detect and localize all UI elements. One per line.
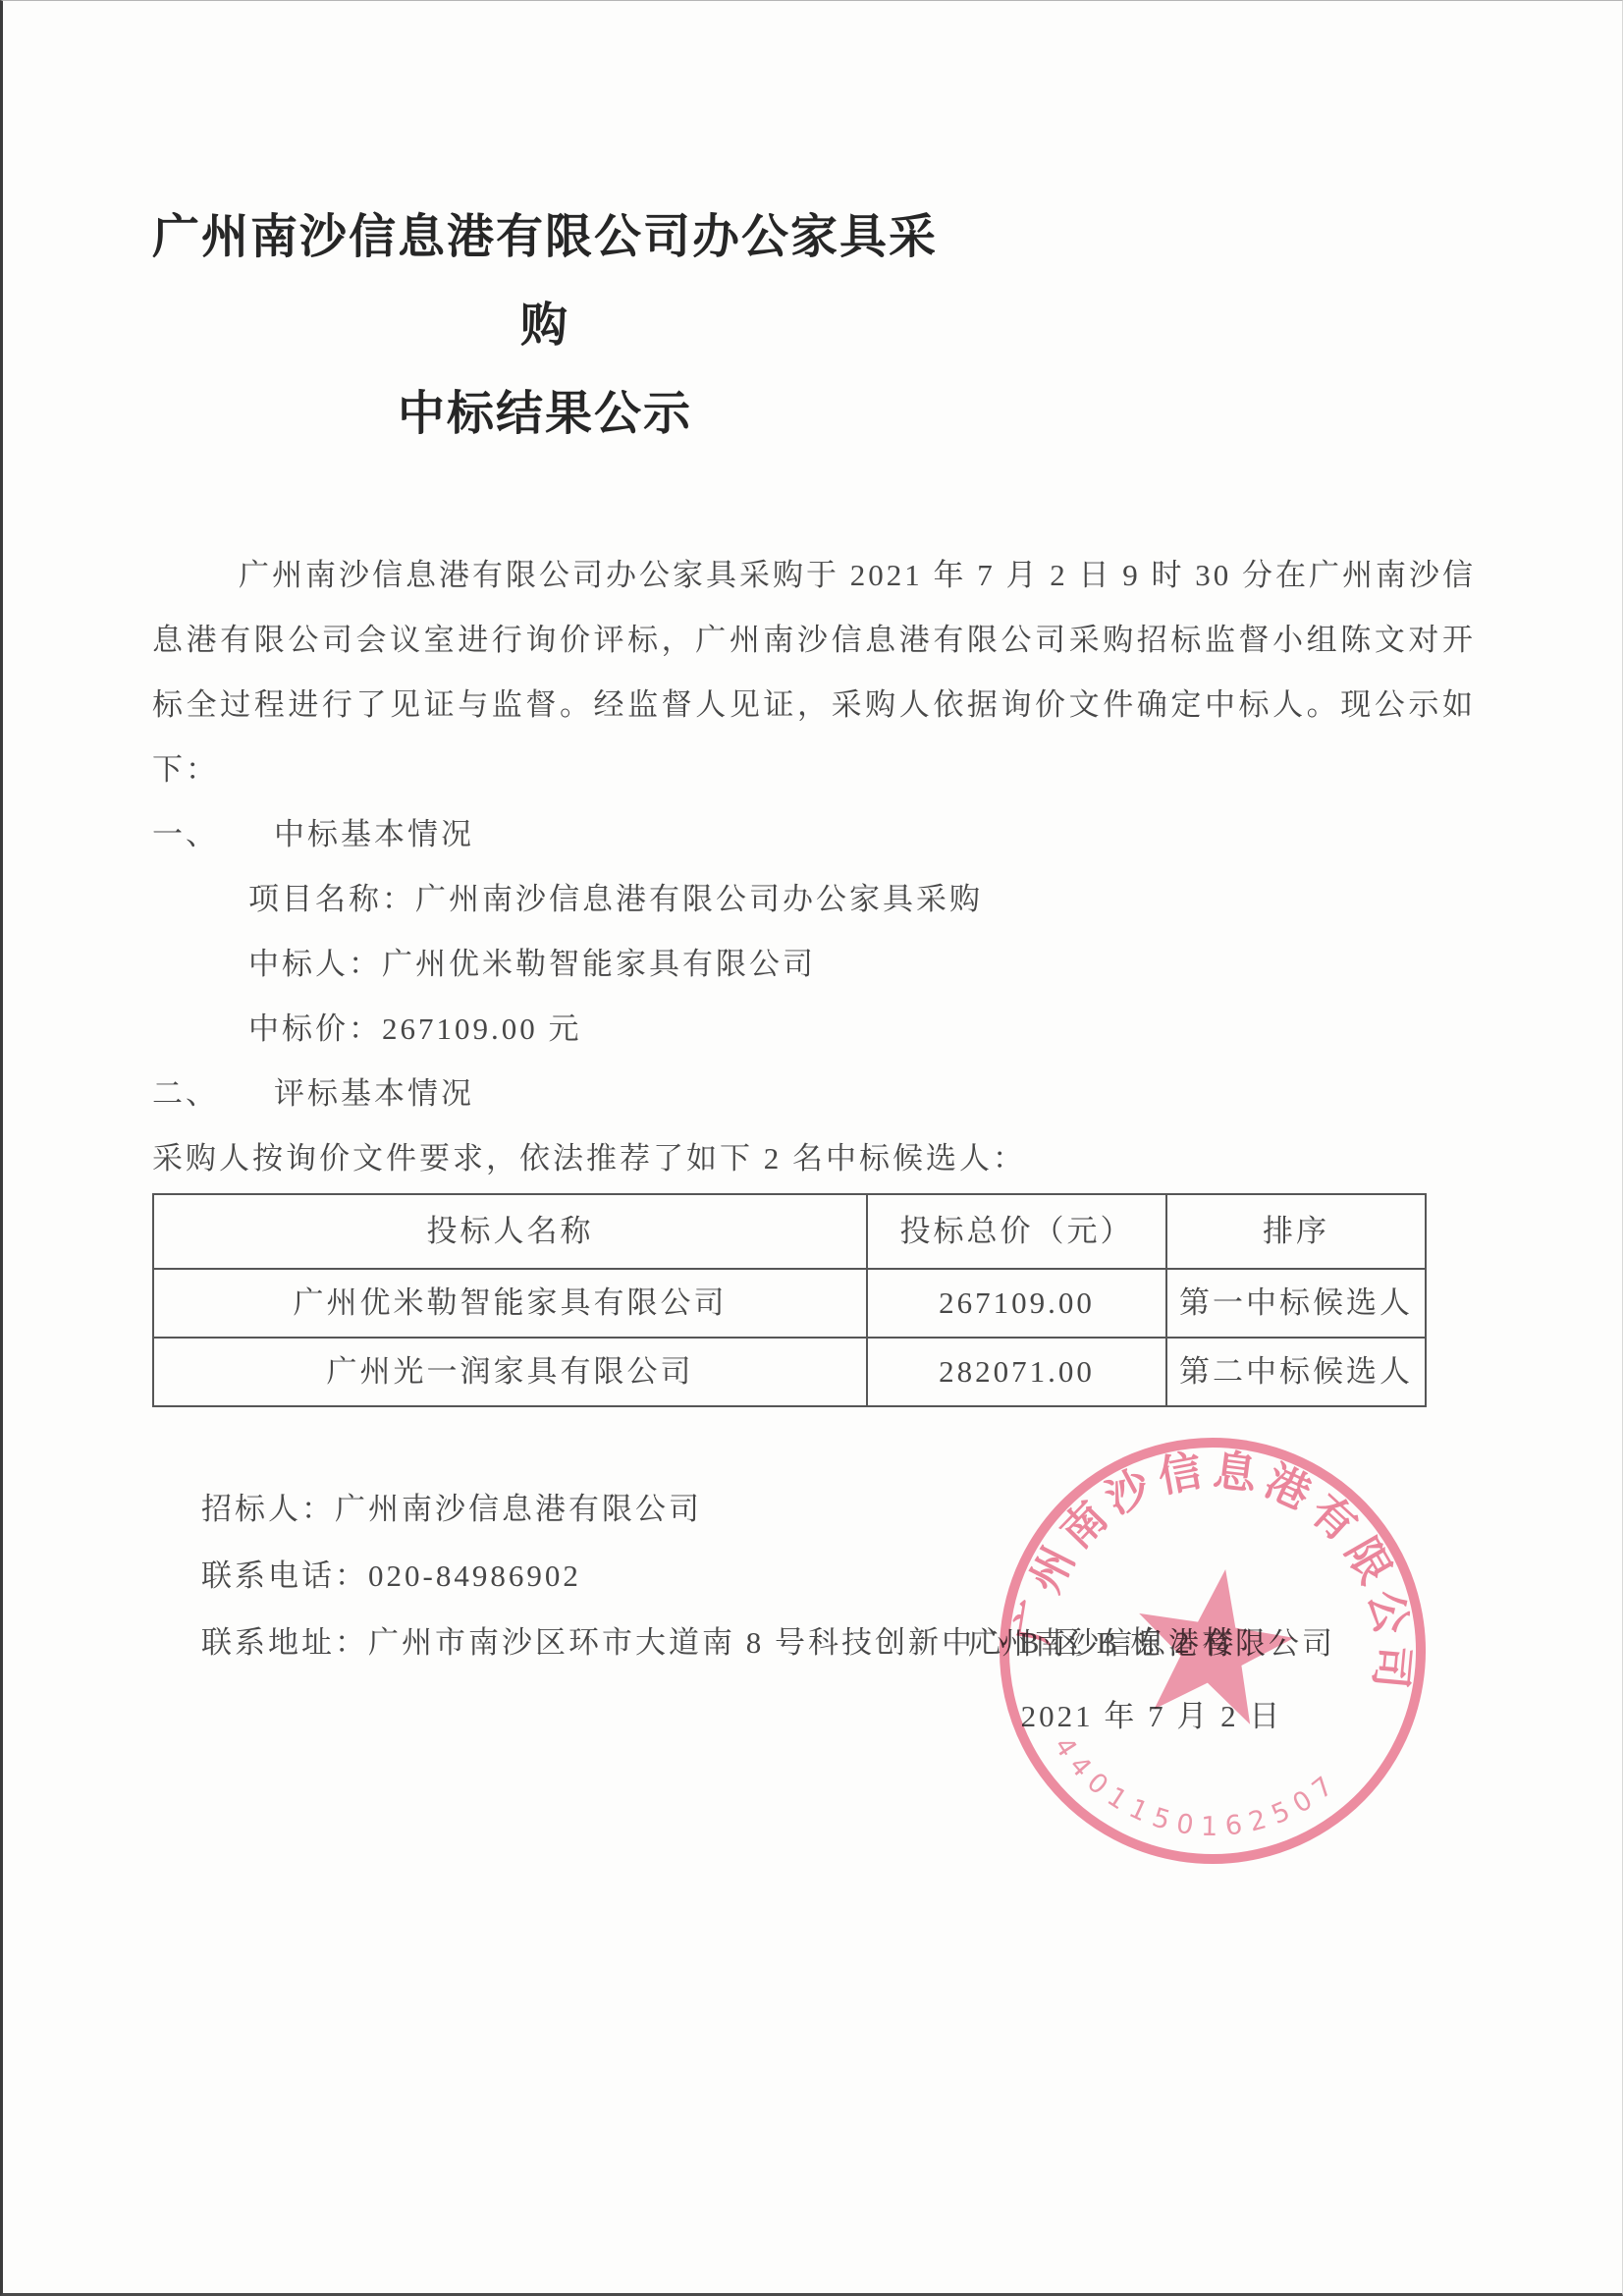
section-1-label: 中标基本情况 bbox=[274, 817, 474, 851]
signature-company: 广州南沙信息港有限公司 bbox=[916, 1608, 1387, 1680]
cell-bid-total: 282071.00 bbox=[867, 1338, 1166, 1406]
cell-rank: 第一中标候选人 bbox=[1166, 1269, 1426, 1338]
scanned-document-page: 广州南沙信息港有限公司办公家具采购 中标结果公示 广州南沙信息港有限公司办公家具… bbox=[0, 0, 1623, 2296]
cell-rank: 第二中标候选人 bbox=[1166, 1338, 1426, 1406]
document-content: 广州南沙信息港有限公司办公家具采购 中标结果公示 广州南沙信息港有限公司办公家具… bbox=[152, 1, 1476, 1676]
section-2-heading: 二、评标基本情况 bbox=[152, 1062, 1476, 1126]
candidates-intro-line: 采购人按询价文件要求，依法推荐了如下 2 名中标候选人： bbox=[152, 1126, 1476, 1191]
signature-block: 广州南沙信息港有限公司 2021 年 7 月 2 日 bbox=[916, 1608, 1387, 1753]
project-name-line: 项目名称：广州南沙信息港有限公司办公家具采购 bbox=[152, 867, 1476, 932]
table-header-row: 投标人名称 投标总价（元） 排序 bbox=[153, 1194, 1426, 1269]
section-2-number: 二、 bbox=[152, 1076, 219, 1111]
cell-bidder-name: 广州光一润家具有限公司 bbox=[153, 1338, 867, 1406]
cell-bidder-name: 广州优米勒智能家具有限公司 bbox=[153, 1269, 867, 1338]
table-row: 广州光一润家具有限公司 282071.00 第二中标候选人 bbox=[153, 1338, 1426, 1406]
winner-line: 中标人：广州优米勒智能家具有限公司 bbox=[152, 932, 1476, 997]
section-1-heading: 一、中标基本情况 bbox=[152, 802, 1476, 867]
header-bidder-name: 投标人名称 bbox=[153, 1194, 867, 1269]
tenderer-line: 招标人：广州南沙信息港有限公司 bbox=[152, 1476, 1476, 1543]
header-bid-total: 投标总价（元） bbox=[867, 1194, 1166, 1269]
document-title: 广州南沙信息港有限公司办公家具采购 中标结果公示 bbox=[152, 193, 938, 459]
cell-bid-total: 267109.00 bbox=[867, 1269, 1166, 1338]
title-line-1: 广州南沙信息港有限公司办公家具采购 bbox=[152, 193, 938, 370]
section-1-number: 一、 bbox=[152, 817, 219, 851]
phone-line: 联系电话：020-84986902 bbox=[152, 1543, 1476, 1610]
signature-date: 2021 年 7 月 2 日 bbox=[916, 1680, 1387, 1753]
price-line: 中标价：267109.00 元 bbox=[152, 997, 1476, 1062]
intro-paragraph: 广州南沙信息港有限公司办公家具采购于 2021 年 7 月 2 日 9 时 30… bbox=[152, 543, 1476, 802]
document-body: 广州南沙信息港有限公司办公家具采购于 2021 年 7 月 2 日 9 时 30… bbox=[152, 543, 1476, 1676]
section-2-label: 评标基本情况 bbox=[274, 1076, 474, 1111]
table-row: 广州优米勒智能家具有限公司 267109.00 第一中标候选人 bbox=[153, 1269, 1426, 1338]
header-rank: 排序 bbox=[1166, 1194, 1426, 1269]
candidates-table: 投标人名称 投标总价（元） 排序 广州优米勒智能家具有限公司 267109.00… bbox=[152, 1193, 1427, 1407]
title-line-2: 中标结果公示 bbox=[152, 370, 938, 459]
